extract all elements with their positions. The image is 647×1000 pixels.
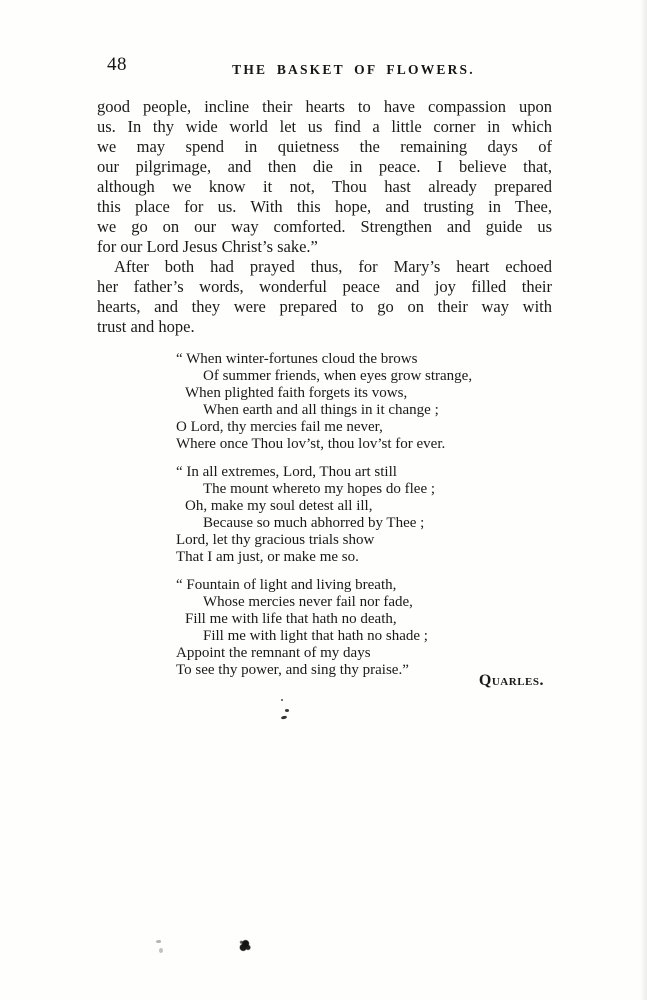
poem-line: “ Fountain of light and living breath, [176, 577, 552, 594]
text-line: this place for us. With this hope, and t… [97, 197, 552, 217]
poem-stanza-1: “ When winter-fortunes cloud the brows O… [176, 351, 552, 453]
text-line: good people, incline their hearts to hav… [97, 97, 552, 117]
poem-line: The mount whereto my hopes do flee ; [203, 481, 552, 498]
poem-stanza-2: “ In all extremes, Lord, Thou art still … [176, 464, 552, 566]
poem-line: Whose mercies never fail nor fade, [203, 594, 552, 611]
ink-speck [281, 715, 287, 719]
poem-line: Where once Thou lov’st, thou lov’st for … [176, 436, 552, 453]
text-line: we may spend in quietness the remaining … [97, 137, 552, 157]
ink-speck [285, 709, 289, 712]
text-line: her father’s words, wonderful peace and … [97, 277, 552, 297]
body-text: good people, incline their hearts to hav… [97, 97, 552, 337]
poem-line: Oh, make my soul detest all ill, [185, 498, 552, 515]
page-edge-shadow [640, 0, 647, 1000]
poem-line: “ In all extremes, Lord, Thou art still [176, 464, 552, 481]
poem-line: Fill me with life that hath no death, [185, 611, 552, 628]
poem-line: Appoint the remnant of my days [176, 645, 552, 662]
text-line: for our Lord Jesus Christ’s sake.” [97, 237, 552, 257]
poem-stanza-3: “ Fountain of light and living breath, W… [176, 577, 552, 679]
paragraph-2: After both had prayed thus, for Mary’s h… [97, 257, 552, 337]
poem-line: O Lord, thy mercies fail me never, [176, 419, 552, 436]
text-line: After both had prayed thus, for Mary’s h… [97, 257, 552, 277]
poem-attribution: Quarles. [479, 672, 544, 690]
poem-line: Because so much abhorred by Thee ; [203, 515, 552, 532]
poem-line: Of summer friends, when eyes grow strang… [203, 368, 552, 385]
paragraph-1: good people, incline their hearts to hav… [97, 97, 552, 257]
ink-speck [281, 699, 283, 701]
text-line: hearts, and they were prepared to go on … [97, 297, 552, 317]
text-line: our pilgrimage, and then die in peace. I… [97, 157, 552, 177]
ink-blot [239, 939, 251, 952]
text-line: us. In thy wide world let us find a litt… [97, 117, 552, 137]
text-line: we go on our way comforted. Strengthen a… [97, 217, 552, 237]
poem-line: That I am just, or make me so. [176, 549, 552, 566]
poem-line: Lord, let thy gracious trials show [176, 532, 552, 549]
ink-speck [156, 940, 161, 943]
poem-line: Fill me with light that hath no shade ; [203, 628, 552, 645]
poem-line: When earth and all things in it change ; [203, 402, 552, 419]
poem-line: “ When winter-fortunes cloud the brows [176, 351, 552, 368]
text-line: although we know it not, Thou hast alrea… [97, 177, 552, 197]
text-line: trust and hope. [97, 317, 552, 337]
running-title: THE BASKET OF FLOWERS. [30, 62, 647, 78]
ink-speck [159, 948, 163, 953]
poem-line: When plighted faith forgets its vows, [185, 385, 552, 402]
book-page: 48 THE BASKET OF FLOWERS. good people, i… [0, 0, 647, 1000]
poem: “ When winter-fortunes cloud the brows O… [176, 351, 552, 690]
